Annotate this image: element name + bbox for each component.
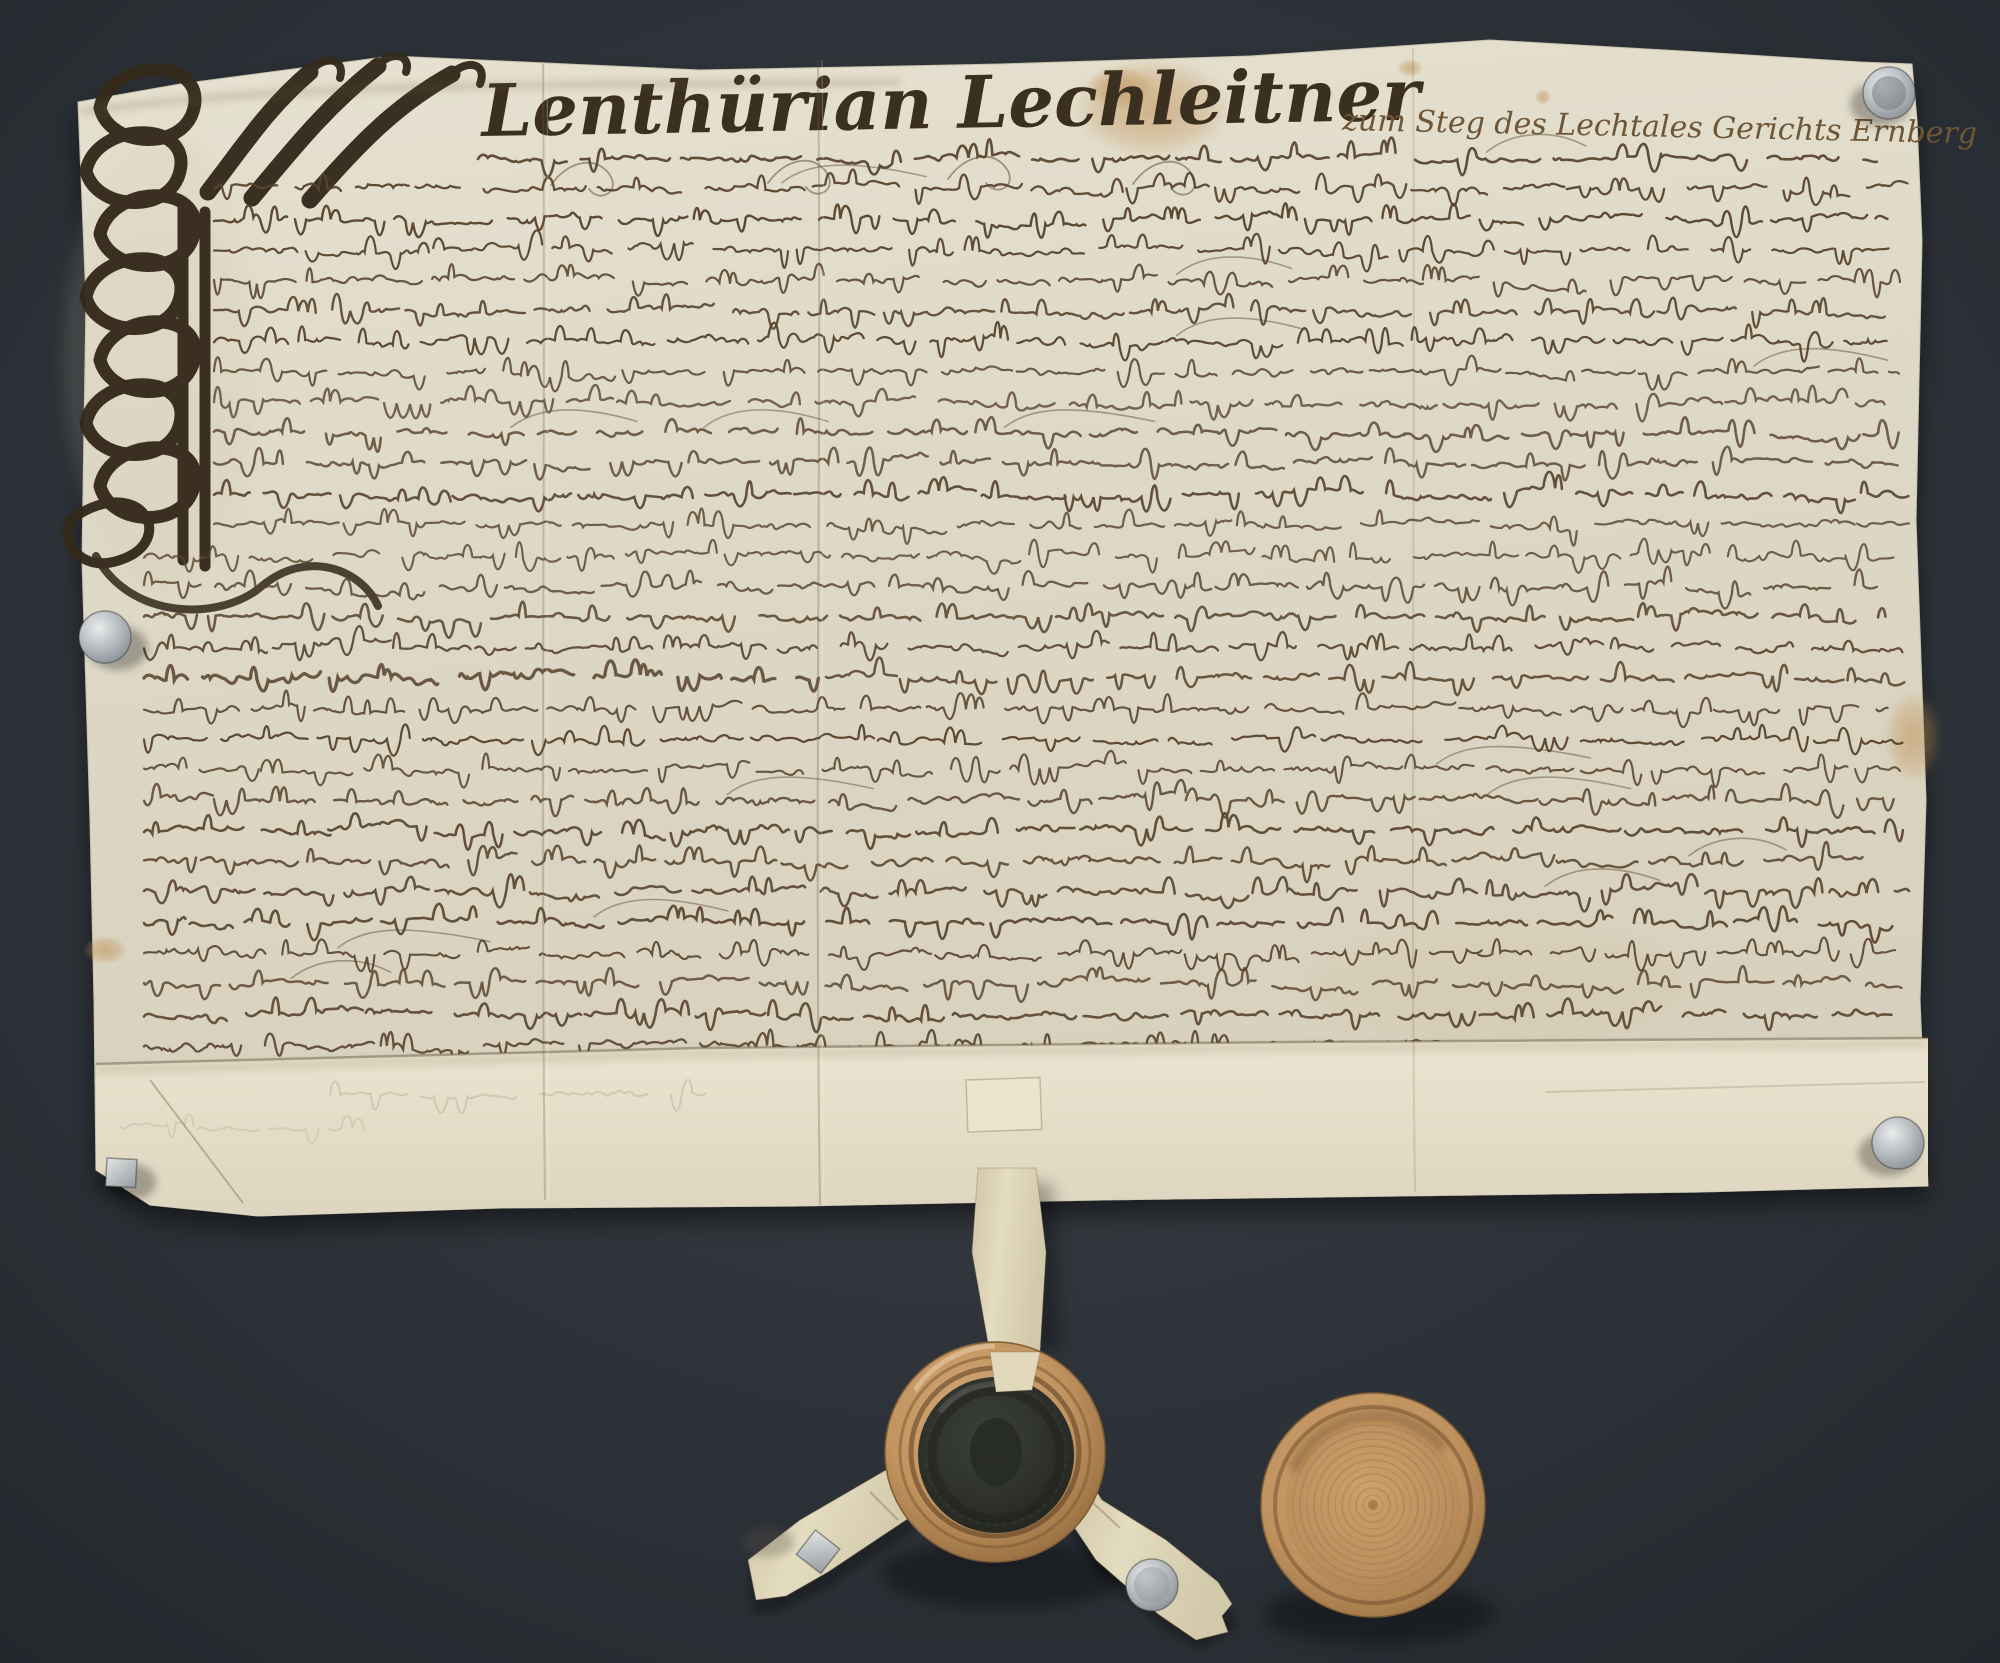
wax-seal xyxy=(918,1377,1074,1533)
capsule-lid xyxy=(1261,1393,1485,1617)
seal-capsule xyxy=(885,1342,1105,1562)
photograph-of-parchment-charter: Lenthürian Lechleitner zum Steg des Lech… xyxy=(0,0,2000,1663)
weight-disc-on-right-strip xyxy=(1126,1559,1178,1611)
seal-tag xyxy=(972,1168,1060,1354)
scene-canvas: Lenthürian Lechleitner zum Steg des Lech… xyxy=(0,0,2000,1663)
seal-tag-slit-patch xyxy=(966,1077,1042,1132)
seal-tag-end xyxy=(990,1352,1040,1392)
headline-name: Lenthürian Lechleitner xyxy=(479,52,1426,153)
